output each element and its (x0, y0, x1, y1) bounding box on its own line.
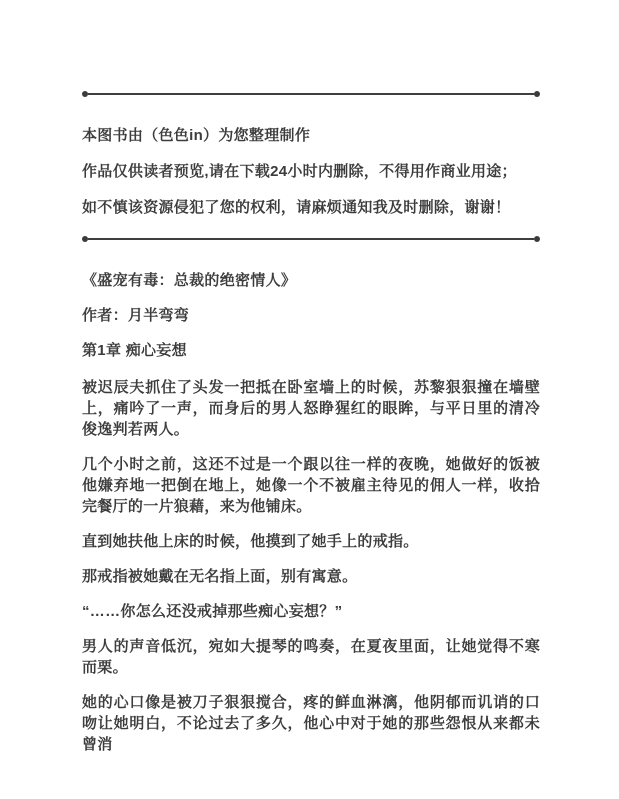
watermark-notice-line-3: 如不慎该资源侵犯了您的权利，请麻烦通知我及时删除，谢谢！ (82, 197, 540, 218)
divider-top (82, 90, 540, 98)
paragraph: 那戒指被她戴在无名指上面，别有寓意。 (82, 566, 540, 587)
divider-right-dot-icon (534, 236, 540, 242)
book-title: 《盛宠有毒：总裁的绝密情人》 (82, 270, 540, 291)
divider-line (88, 93, 534, 95)
divider-right-dot-icon (534, 91, 540, 97)
paragraph: 直到她扶他上床的时候，他摸到了她手上的戒指。 (82, 531, 540, 552)
paragraph: 男人的声音低沉，宛如大提琴的鸣奏，在夏夜里面，让她觉得不寒而栗。 (82, 636, 540, 678)
book-author: 作者：月半弯弯 (82, 305, 540, 326)
ebook-page: 本图书由（色色in）为您整理制作 作品仅供读者预览,请在下载24小时内删除，不得… (0, 0, 619, 799)
paragraph: “……你怎么还没戒掉那些痴心妄想？” (82, 601, 540, 622)
divider-bottom (82, 235, 540, 243)
watermark-notice-line-1: 本图书由（色色in）为您整理制作 (82, 125, 540, 146)
paragraph: 被迟辰夫抓住了头发一把抵在卧室墙上的时候，苏黎狠狠撞在墙壁上，痛吟了一声，而身后… (82, 377, 540, 440)
chapter-heading: 第1章 痴心妄想 (82, 340, 540, 361)
divider-line (88, 238, 534, 240)
paragraph: 她的心口像是被刀子狠狠搅合，疼的鲜血淋漓，他阴郁而讥诮的口吻让她明白，不论过去了… (82, 692, 540, 755)
paragraph: 几个小时之前，这还不过是一个跟以往一样的夜晚，她做好的饭被他嫌弃地一把倒在地上，… (82, 454, 540, 517)
watermark-notice-line-2: 作品仅供读者预览,请在下载24小时内删除，不得用作商业用途； (82, 161, 540, 182)
